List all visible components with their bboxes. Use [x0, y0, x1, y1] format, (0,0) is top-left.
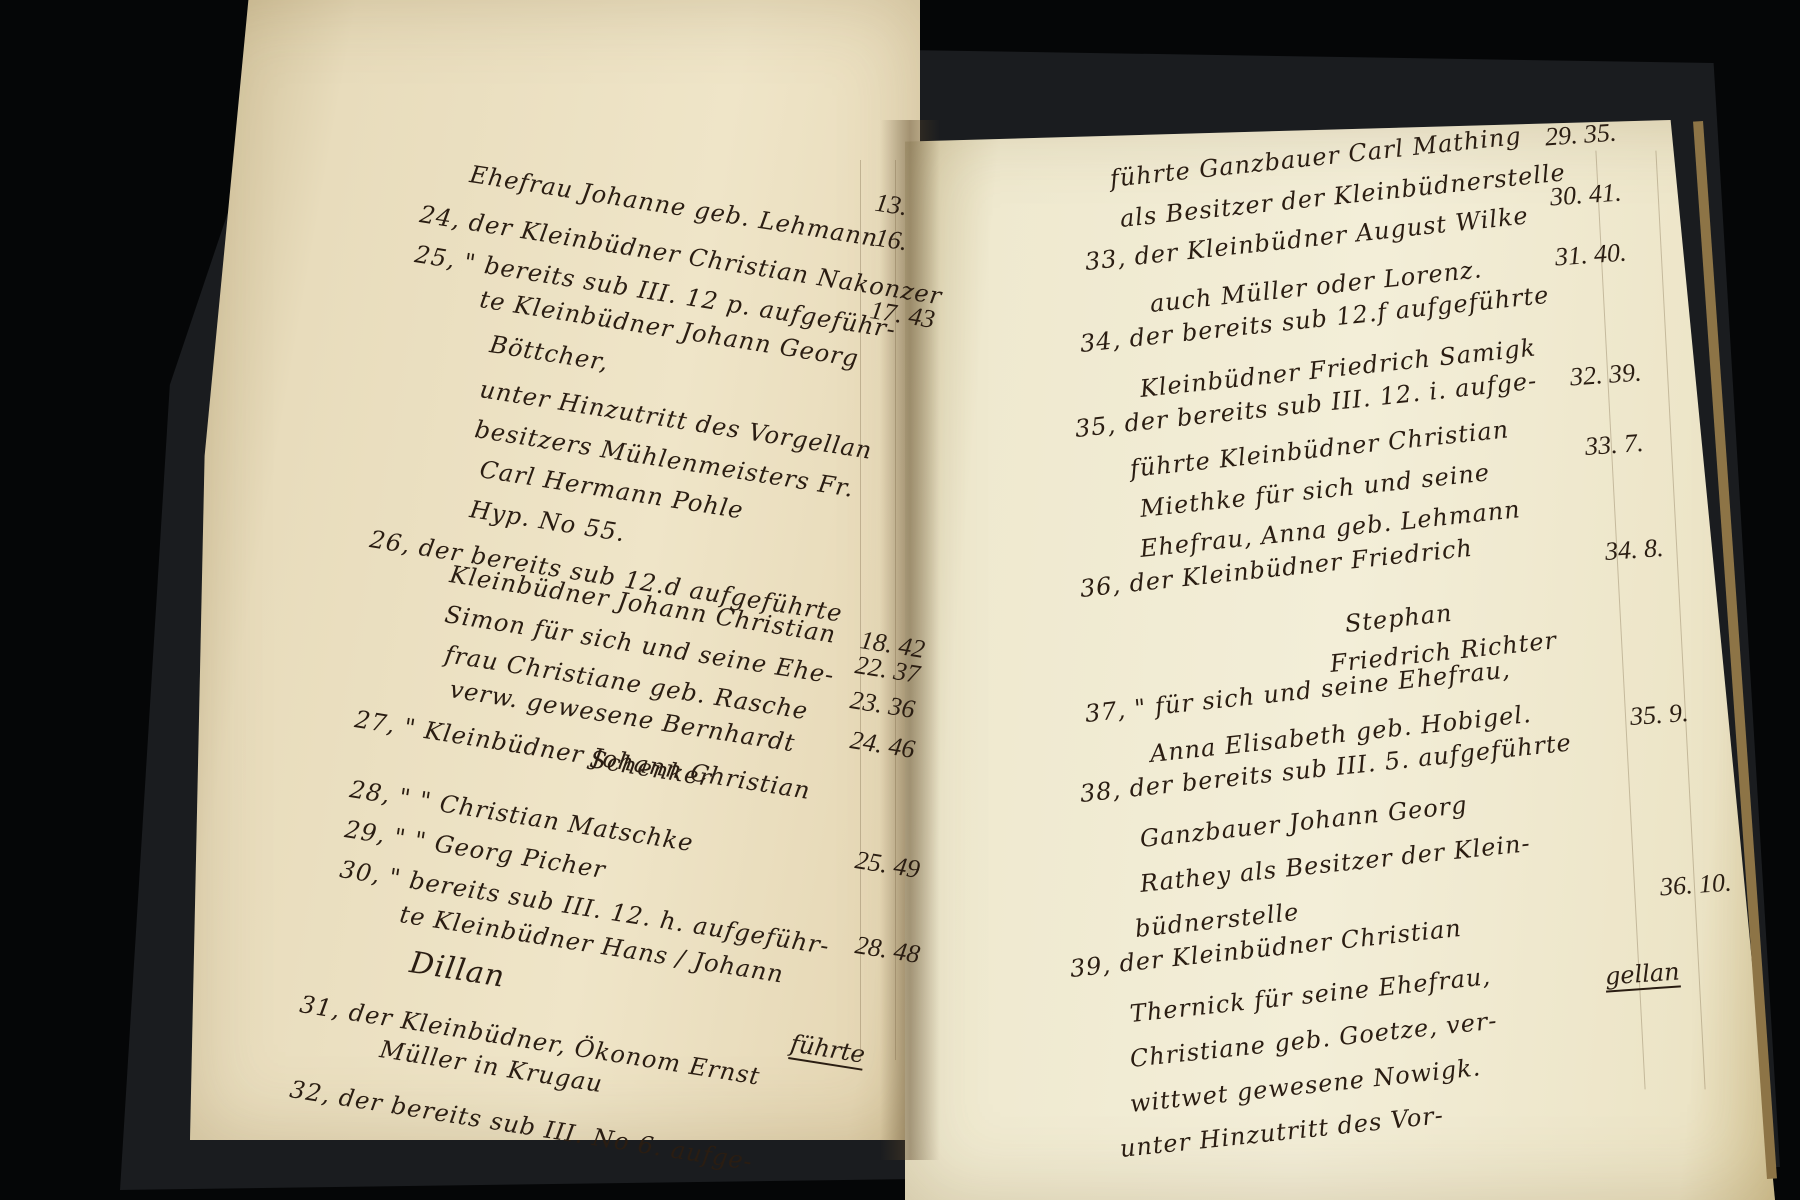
folio-number: 16. — [873, 223, 910, 258]
folio-number: 31. 40. — [1554, 238, 1627, 273]
folio-number: 35. 9. — [1629, 698, 1689, 732]
folio-number: 33. 7. — [1584, 428, 1644, 462]
page-signoff: gellan — [1604, 957, 1681, 992]
folio-number: 36. 10. — [1659, 868, 1732, 903]
folio-number: 30. 41. — [1549, 178, 1622, 213]
photo-scene: Ehefrau Johanne geb. Lehmann 24, der Kle… — [0, 0, 1800, 1200]
folio-number: 29. 35. — [1544, 118, 1617, 153]
folio-number: 13. — [873, 188, 910, 223]
folio-number: 34. 8. — [1604, 533, 1664, 567]
folio-number: 32. 39. — [1569, 358, 1642, 393]
